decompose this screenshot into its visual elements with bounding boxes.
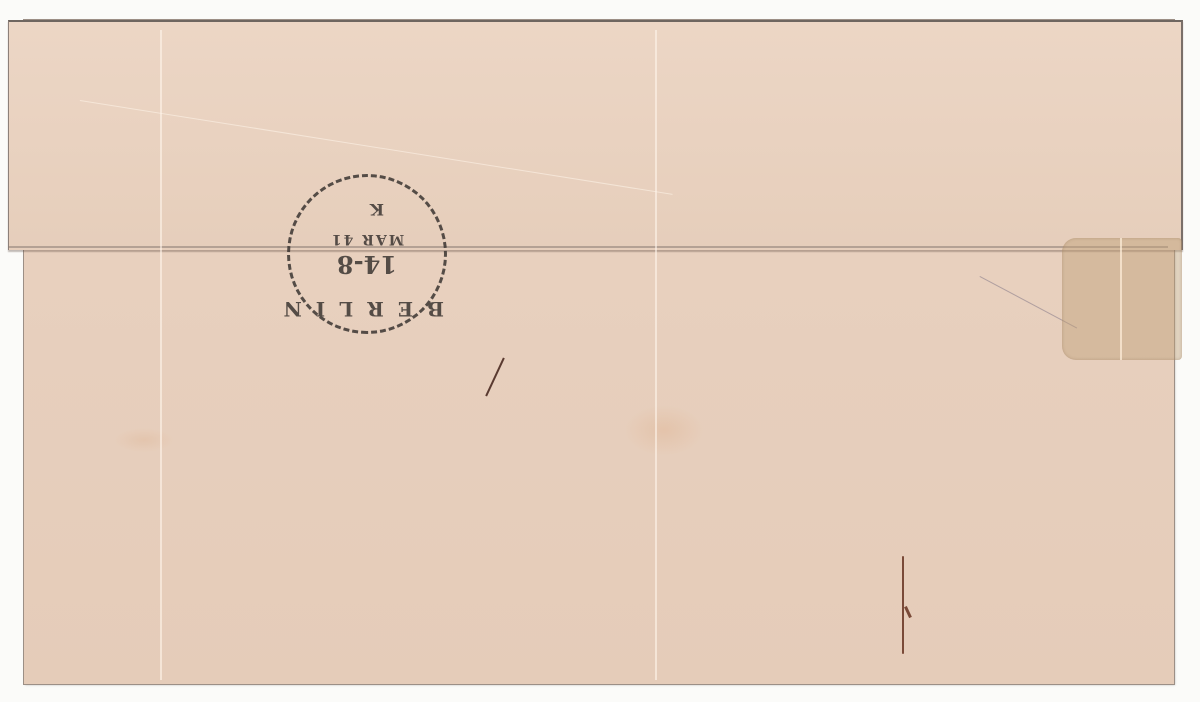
postmark-ring-text: BERLIN: [290, 297, 444, 321]
stamp-hinge: [1062, 238, 1182, 360]
hinge-fold: [1120, 238, 1122, 360]
flap-edge: [8, 246, 1168, 248]
postmark-month-year: MAR 41: [290, 231, 444, 247]
postmark: BERLIN 14-8 MAR 41 K: [287, 174, 447, 334]
fold-line: [655, 30, 657, 680]
fold-line: [160, 30, 162, 680]
manuscript-mark: [902, 556, 904, 654]
postmark-bottom-text: K: [290, 200, 444, 219]
postmark-day: 14-8: [290, 250, 444, 279]
letter-flap: [8, 20, 1183, 250]
